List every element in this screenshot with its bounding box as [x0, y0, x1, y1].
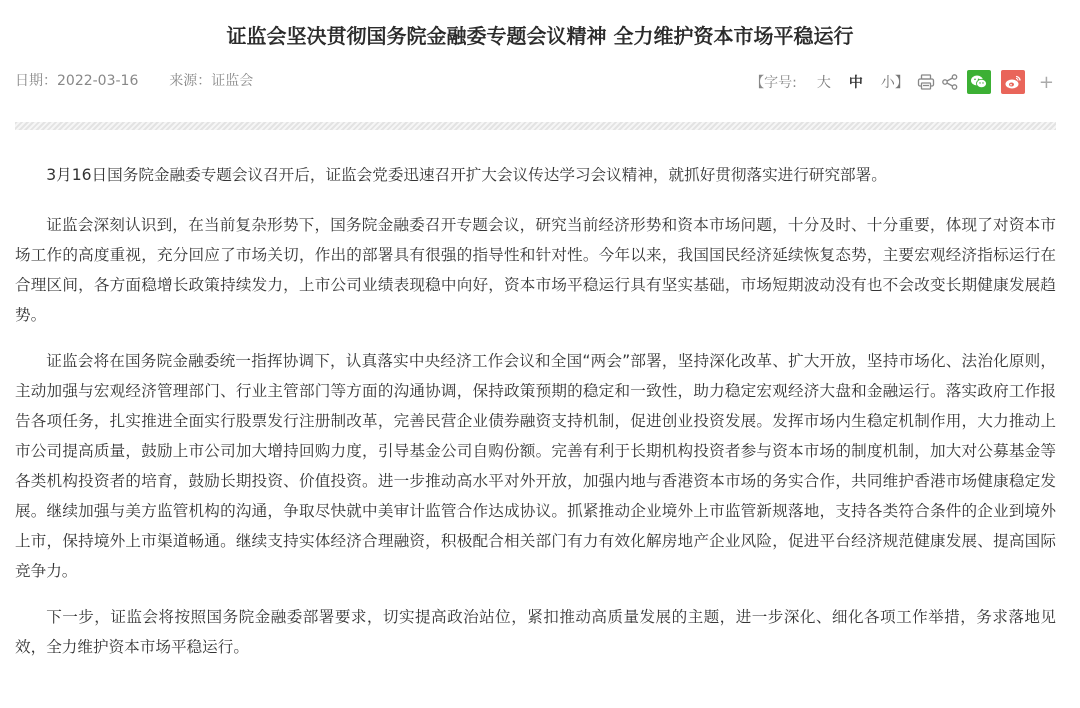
paragraph: 3月16日国务院金融委专题会议召开后，证监会党委迅速召开扩大会议传达学习会议精神… [15, 160, 1056, 190]
source-label: 来源： [169, 73, 211, 89]
publish-date: 2022-03-16 [57, 73, 138, 89]
article-title: 证监会坚决贯彻国务院金融委专题会议精神 全力维护资本市场平稳运行 [0, 21, 1080, 51]
header-divider [15, 122, 1056, 130]
font-size-label: 【字号: [750, 72, 797, 92]
print-icon[interactable] [917, 73, 935, 91]
date-label: 日期： [15, 73, 57, 89]
font-size-medium-button[interactable]: 中 [849, 72, 863, 92]
paragraph: 证监会深刻认识到，在当前复杂形势下，国务院金融委召开专题会议，研究当前经济形势和… [15, 210, 1056, 330]
article-meta: 日期：2022-03-16 来源：证监会 [15, 70, 253, 92]
font-size-small-button[interactable]: 小】 [881, 72, 909, 92]
paragraph: 下一步，证监会将按照国务院金融委部署要求，切实提高政治站位，紧扣推动高质量发展的… [15, 602, 1056, 662]
article-body: 3月16日国务院金融委专题会议召开后，证监会党委迅速召开扩大会议传达学习会议精神… [15, 160, 1056, 678]
weibo-icon[interactable] [1001, 70, 1025, 94]
wechat-icon[interactable] [967, 70, 991, 94]
source-value: 证监会 [211, 73, 253, 89]
paragraph: 证监会将在国务院金融委统一指挥协调下，认真落实中央经济工作会议和全国“两会”部署… [15, 346, 1056, 586]
font-size-large-button[interactable]: 大 [817, 72, 831, 92]
plus-icon[interactable]: + [1039, 72, 1054, 93]
article-toolbar: 【字号: 大 中 小】 [750, 69, 1054, 95]
share-icon[interactable] [941, 73, 959, 91]
